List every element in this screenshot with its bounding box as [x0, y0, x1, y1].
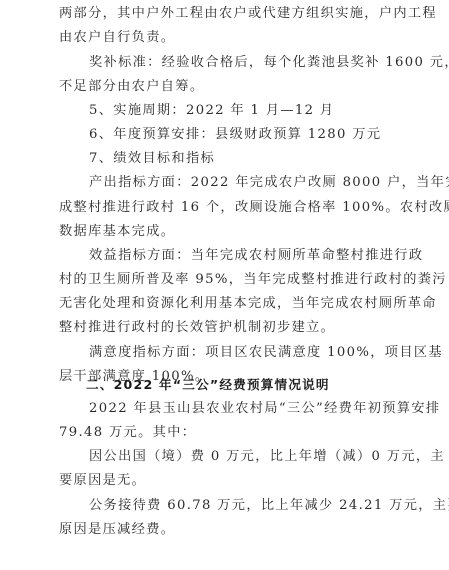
- paragraph-line: 2022 年县玉山县农业农村局“三公”经费年初预算安排: [89, 397, 440, 421]
- paragraph-line: 公务接待费 60.78 万元，比上年减少 24.21 万元，主要: [89, 494, 449, 518]
- paragraph-line: 产出指标方面：2022 年完成农户改厕 8000 户，当年完: [89, 171, 449, 195]
- list-item-implementation-period: 5、实施周期：2022 年 1 月—12 月: [89, 99, 334, 123]
- paragraph-line: 满意度指标方面：项目区农民满意度 100%，项目区基: [89, 341, 443, 365]
- paragraph-line: 要原因是无。: [59, 469, 146, 493]
- section-heading: 二、2022 年“三公”经费预算情况说明: [86, 373, 330, 397]
- list-item-performance-goals: 7、绩效目标和指标: [89, 147, 215, 171]
- paragraph-line: 整村推进行政村的长效管护机制初步建立。: [59, 316, 335, 340]
- paragraph-line: 无害化处理和资源化利用基本完成，当年完成农村厕所革命: [59, 292, 437, 316]
- paragraph-line: 原因是压减经费。: [59, 518, 175, 542]
- list-item-annual-budget: 6、年度预算安排：县级财政预算 1280 万元: [89, 123, 381, 147]
- paragraph-line: 不足部分由农户自筹。: [59, 75, 204, 99]
- paragraph-line: 成整村推进行政村 16 个，改厕设施合格率 100%。农村改厕: [59, 196, 449, 220]
- paragraph-line: 79.48 万元。其中：: [59, 421, 196, 445]
- paragraph-line: 村的卫生厕所普及率 95%，当年完成整村推进行政村的粪污: [59, 268, 447, 292]
- paragraph-line: 效益指标方面：当年完成农村厕所革命整村推进行政: [89, 244, 423, 268]
- paragraph-line: 因公出国（境）费 0 万元，比上年增（减）0 万元，主: [89, 445, 445, 469]
- paragraph-line: 两部分，其中户外工程由农户或代建方组织实施，户内工程: [59, 2, 437, 26]
- paragraph-line: 奖补标准：经验收合格后，每个化粪池县奖补 1600 元，: [89, 51, 449, 75]
- paragraph-line: 数据库基本完成。: [59, 220, 175, 244]
- paragraph-line: 由农户自行负责。: [59, 26, 175, 50]
